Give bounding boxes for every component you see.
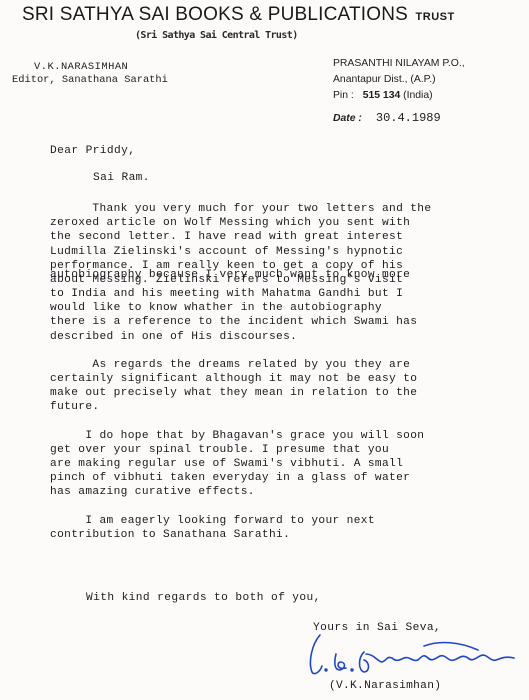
body-line: Ludmilla Zielinski's account of Messing'…	[50, 245, 520, 259]
body-line: there is a reference to the incident whi…	[50, 315, 520, 329]
body-line: would like to know whather in the autobi…	[50, 301, 520, 315]
pin-line: Pin : 515 134 (India)	[333, 88, 465, 104]
overtyped-line: autobiography because I very much want t…	[50, 273, 520, 284]
body-line: future.	[50, 400, 520, 414]
organization-title: SRI SATHYA SAI BOOKS & PUBLICATIONS TRUS…	[22, 4, 455, 26]
pin-label: Pin :	[333, 90, 354, 101]
pin-country: (India)	[403, 90, 432, 101]
address-line-2: Anantapur Dist., (A.P.)	[333, 72, 465, 88]
sender-block: V.K.NARASIMHANEditor, Sanathana Sarathi	[12, 61, 168, 87]
date-label: Date :	[333, 113, 362, 124]
letter-body: Thank you very much for your two letters…	[50, 202, 520, 542]
body-line: zeroxed article on Wolf Messing which yo…	[50, 216, 520, 230]
paragraph-3: I do hope that by Bhagavan's grace you w…	[50, 429, 520, 500]
body-line: I am eagerly looking forward to your nex…	[50, 514, 520, 528]
sender-name: V.K.NARASIMHAN	[12, 61, 168, 74]
body-line: contribution to Sanathana Sarathi.	[50, 528, 520, 542]
body-line: described in one of His discourses.	[50, 330, 520, 344]
date-value: 30.4.1989	[376, 111, 441, 125]
body-line: make out precisely what they mean in rel…	[50, 386, 520, 400]
body-line: has amazing curative effects.	[50, 485, 520, 499]
body-line: are making regular use of Swami's vibhut…	[50, 457, 520, 471]
typed-signature-name: (V.K.Narasimhan)	[329, 680, 441, 692]
body-line: to India and his meeting with Mahatma Ga…	[50, 287, 520, 301]
greeting: Sai Ram.	[93, 172, 150, 184]
body-line: Thank you very much for your two letters…	[50, 202, 520, 216]
paragraph-2: As regards the dreams related by you the…	[50, 358, 520, 415]
address-block: PRASANTHI NILAYAM P.O., Anantapur Dist.,…	[333, 56, 465, 104]
sender-title: Editor, Sanathana Sarathi	[12, 74, 168, 87]
paragraph-1: Thank you very much for your two letters…	[50, 202, 520, 344]
body-line: certainly significant although it may no…	[50, 372, 520, 386]
date-row: Date : 30.4.1989	[333, 108, 441, 126]
body-line: about Messing. Zielinski refers to Messi…	[50, 273, 403, 287]
signature	[300, 632, 529, 678]
paragraph-4: I am eagerly looking forward to your nex…	[50, 514, 520, 542]
pin-value: 515 134	[363, 90, 401, 101]
body-line: pinch of vibhuti taken everyday in a gla…	[50, 471, 520, 485]
organization-name: SRI SATHYA SAI BOOKS & PUBLICATIONS	[22, 4, 408, 25]
body-line: I do hope that by Bhagavan's grace you w…	[50, 429, 520, 443]
organization-suffix: TRUST	[416, 11, 455, 23]
letter-page: SRI SATHYA SAI BOOKS & PUBLICATIONS TRUS…	[0, 0, 529, 700]
closing-line: With kind regards to both of you,	[86, 592, 321, 604]
body-line: As regards the dreams related by you the…	[50, 358, 520, 372]
address-line-1: PRASANTHI NILAYAM P.O.,	[333, 56, 465, 72]
salutation: Dear Priddy,	[50, 145, 135, 157]
body-line: the second letter. I have read with grea…	[50, 230, 520, 244]
struck-subtitle: (Sri Sathya Sai Central Trust)	[135, 30, 298, 41]
body-line: get over your spinal trouble. I presume …	[50, 443, 520, 457]
